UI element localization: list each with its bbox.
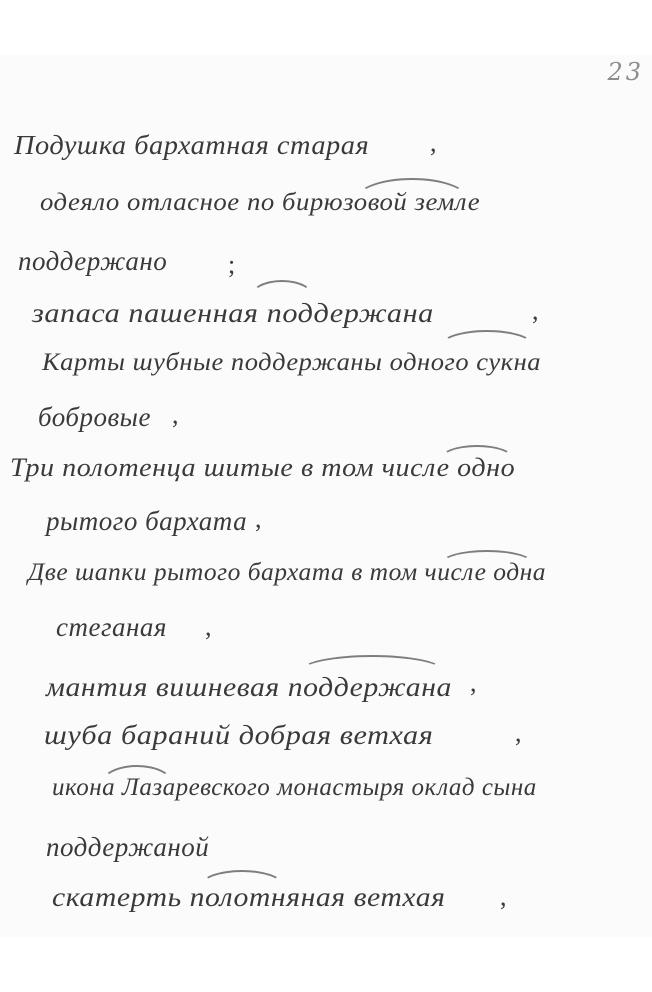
line-text: поддержано: [18, 246, 167, 276]
flourish-decoration: [250, 280, 314, 314]
manuscript-line-1: Подушка бархатная старая: [14, 132, 369, 159]
line-15-punctuation: ,: [500, 882, 507, 912]
flourish-decoration: [355, 178, 469, 222]
line-text: стеганая: [56, 612, 167, 642]
manuscript-page: [0, 55, 652, 937]
line-3-punctuation: ;: [228, 250, 235, 280]
manuscript-line-6: бобровые: [38, 404, 151, 431]
manuscript-line-4: запаса пашенная поддержана: [32, 300, 434, 327]
flourish-decoration: [440, 330, 534, 362]
manuscript-line-14: поддержаной: [46, 834, 209, 861]
flourish-decoration: [300, 655, 444, 687]
manuscript-line-8: рытого бархата: [46, 508, 247, 535]
line-6-punctuation: ,: [172, 400, 179, 430]
page-number: 23: [607, 58, 644, 86]
line-10-punctuation: ,: [205, 612, 212, 642]
line-text: шуба бараний добрая ветхая: [44, 720, 433, 750]
manuscript-line-3: поддержано: [18, 248, 167, 275]
line-8-punctuation: ,: [255, 504, 262, 534]
flourish-decoration: [100, 765, 174, 805]
flourish-decoration: [200, 870, 284, 902]
line-text: рытого бархата: [46, 506, 247, 536]
line-text: Подушка бархатная старая: [14, 130, 369, 160]
line-4-punctuation: ,: [532, 296, 539, 326]
line-text: бобровые: [38, 402, 151, 432]
line-text: поддержаной: [46, 832, 209, 862]
line-11-punctuation: ,: [470, 668, 477, 698]
line-1-punctuation: ,: [430, 128, 437, 158]
flourish-decoration: [440, 445, 514, 473]
manuscript-line-10: стеганая: [56, 614, 167, 641]
flourish-decoration: [440, 550, 534, 578]
line-text: запаса пашенная поддержана: [32, 298, 434, 328]
line-12-punctuation: ,: [515, 718, 522, 748]
manuscript-line-12: шуба бараний добрая ветхая: [44, 722, 433, 749]
